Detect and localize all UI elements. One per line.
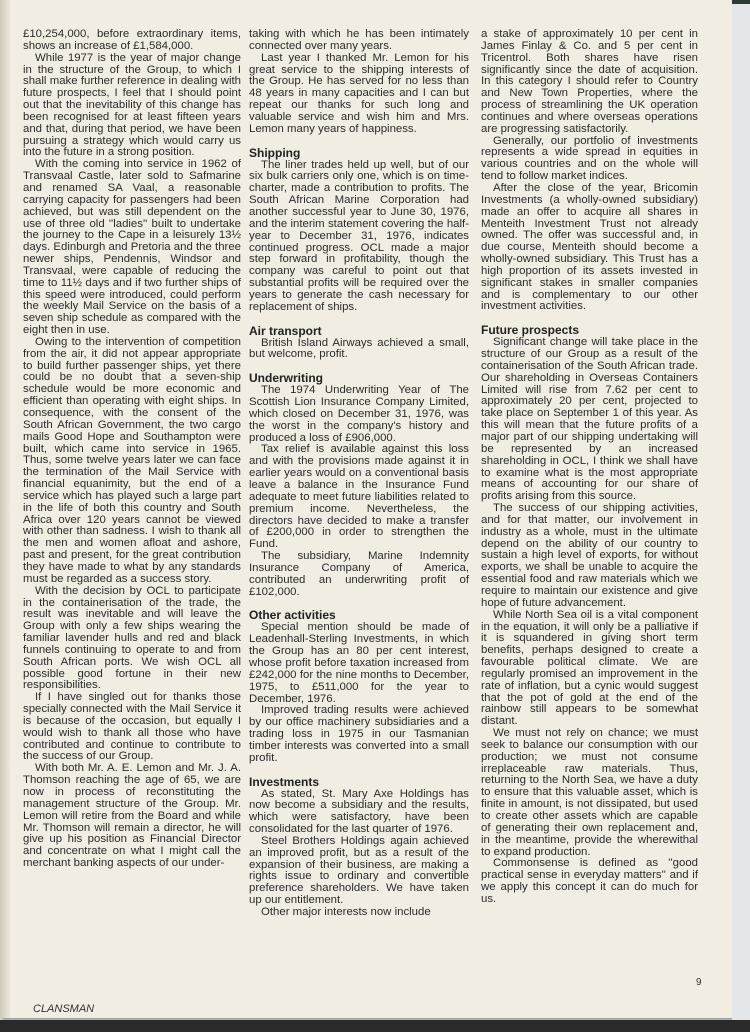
paragraph: British Island Airways achieved a small,… [249,338,469,362]
paragraph: While 1977 is the year of major change i… [23,53,241,160]
paragraph: With the decision by OCL to participate … [23,586,241,693]
section-heading-air-transport: Air transport [249,325,469,338]
paragraph: £10,254,000, before extraordinary items,… [23,29,241,53]
column-1: £10,254,000, before extraordinary items,… [23,29,241,870]
page-spine-shadow [0,0,10,1018]
paragraph: Other major interests now include [249,907,469,919]
background-edge-bottom [0,1020,750,1032]
paragraph: Steel Brothers Holdings again achieved a… [249,836,469,907]
paragraph: Last year I thanked Mr. Lemon for his gr… [249,53,469,136]
column-2: taking with which he has been intimately… [249,29,469,919]
section-heading-investments: Investments [249,776,469,789]
magazine-page: £10,254,000, before extraordinary items,… [0,0,732,1018]
paragraph: Improved trading results were achieved b… [249,705,469,764]
paragraph: The 1974 Underwriting Year of The Scotti… [249,385,469,444]
paragraph: Tax relief is available against this los… [249,444,469,551]
paragraph: As stated, St. Mary Axe Holdings has now… [249,789,469,836]
paragraph: Owing to the intervention of competition… [23,337,241,586]
paragraph: Significant change will take place in th… [481,337,698,503]
paragraph: The subsidiary, Marine Indemnity Insuran… [249,551,469,598]
paragraph: With both Mr. A. E. Lemon and Mr. J. A. … [23,763,241,870]
paragraph: a stake of approximately 10 per cent in … [481,29,698,136]
publication-title-footer: CLANSMAN [33,1003,94,1015]
paragraph: Commonsense is defined as ''good practic… [481,858,698,905]
paragraph: After the close of the year, Bricomin In… [481,183,698,313]
paragraph: We must not rely on chance; we must seek… [481,728,698,858]
paragraph: taking with which he has been intimately… [249,29,469,53]
paragraph: With the coming into service in 1962 of … [23,159,241,337]
section-heading-shipping: Shipping [249,147,469,160]
paragraph: The success of our shipping activities, … [481,503,698,610]
paragraph: The liner trades held up well, but of ou… [249,160,469,314]
background-strip [732,0,750,1032]
background-edge [732,0,750,4]
page-number: 9 [696,977,702,988]
paragraph: Special mention should be made of Leaden… [249,622,469,705]
paragraph: While North Sea oil is a vital component… [481,610,698,728]
paragraph: If I have singled out for thanks those s… [23,692,241,763]
column-3: a stake of approximately 10 per cent in … [481,29,698,906]
paragraph: Generally, our portfolio of investments … [481,136,698,183]
